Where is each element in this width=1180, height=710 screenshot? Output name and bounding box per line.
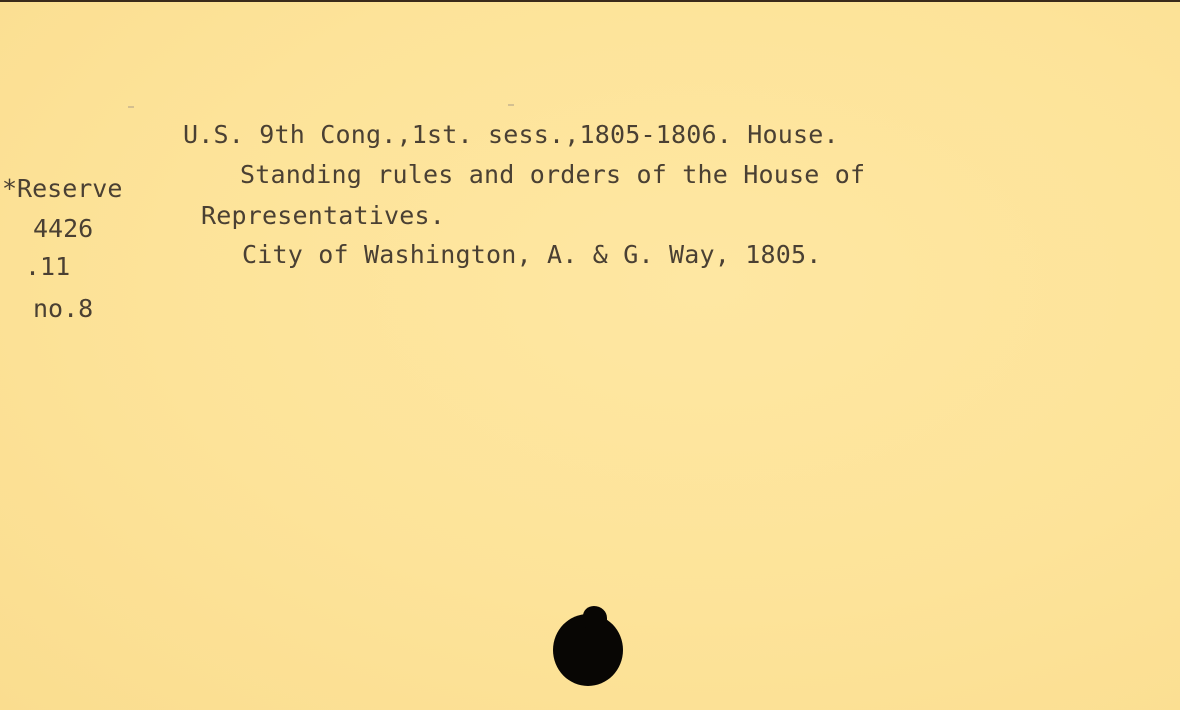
paper-speck — [508, 104, 514, 106]
entry-title-line-2: Representatives. — [201, 201, 445, 231]
paper-speck — [128, 106, 134, 108]
catalog-card: *Reserve 4426 .11 no.8 U.S. 9th Cong.,1s… — [0, 0, 1180, 710]
entry-imprint: City of Washington, A. & G. Way, 1805. — [242, 240, 822, 270]
call-number-line-reserve: *Reserve — [2, 174, 122, 204]
call-number-line-class: 4426 — [33, 214, 93, 244]
entry-heading: U.S. 9th Cong.,1st. sess.,1805-1806. Hou… — [183, 120, 839, 150]
entry-title-line-1: Standing rules and orders of the House o… — [240, 160, 865, 190]
call-number-line-cutter: .11 — [25, 252, 70, 282]
call-number-line-volume: no.8 — [33, 294, 93, 324]
punch-hole — [553, 614, 623, 686]
